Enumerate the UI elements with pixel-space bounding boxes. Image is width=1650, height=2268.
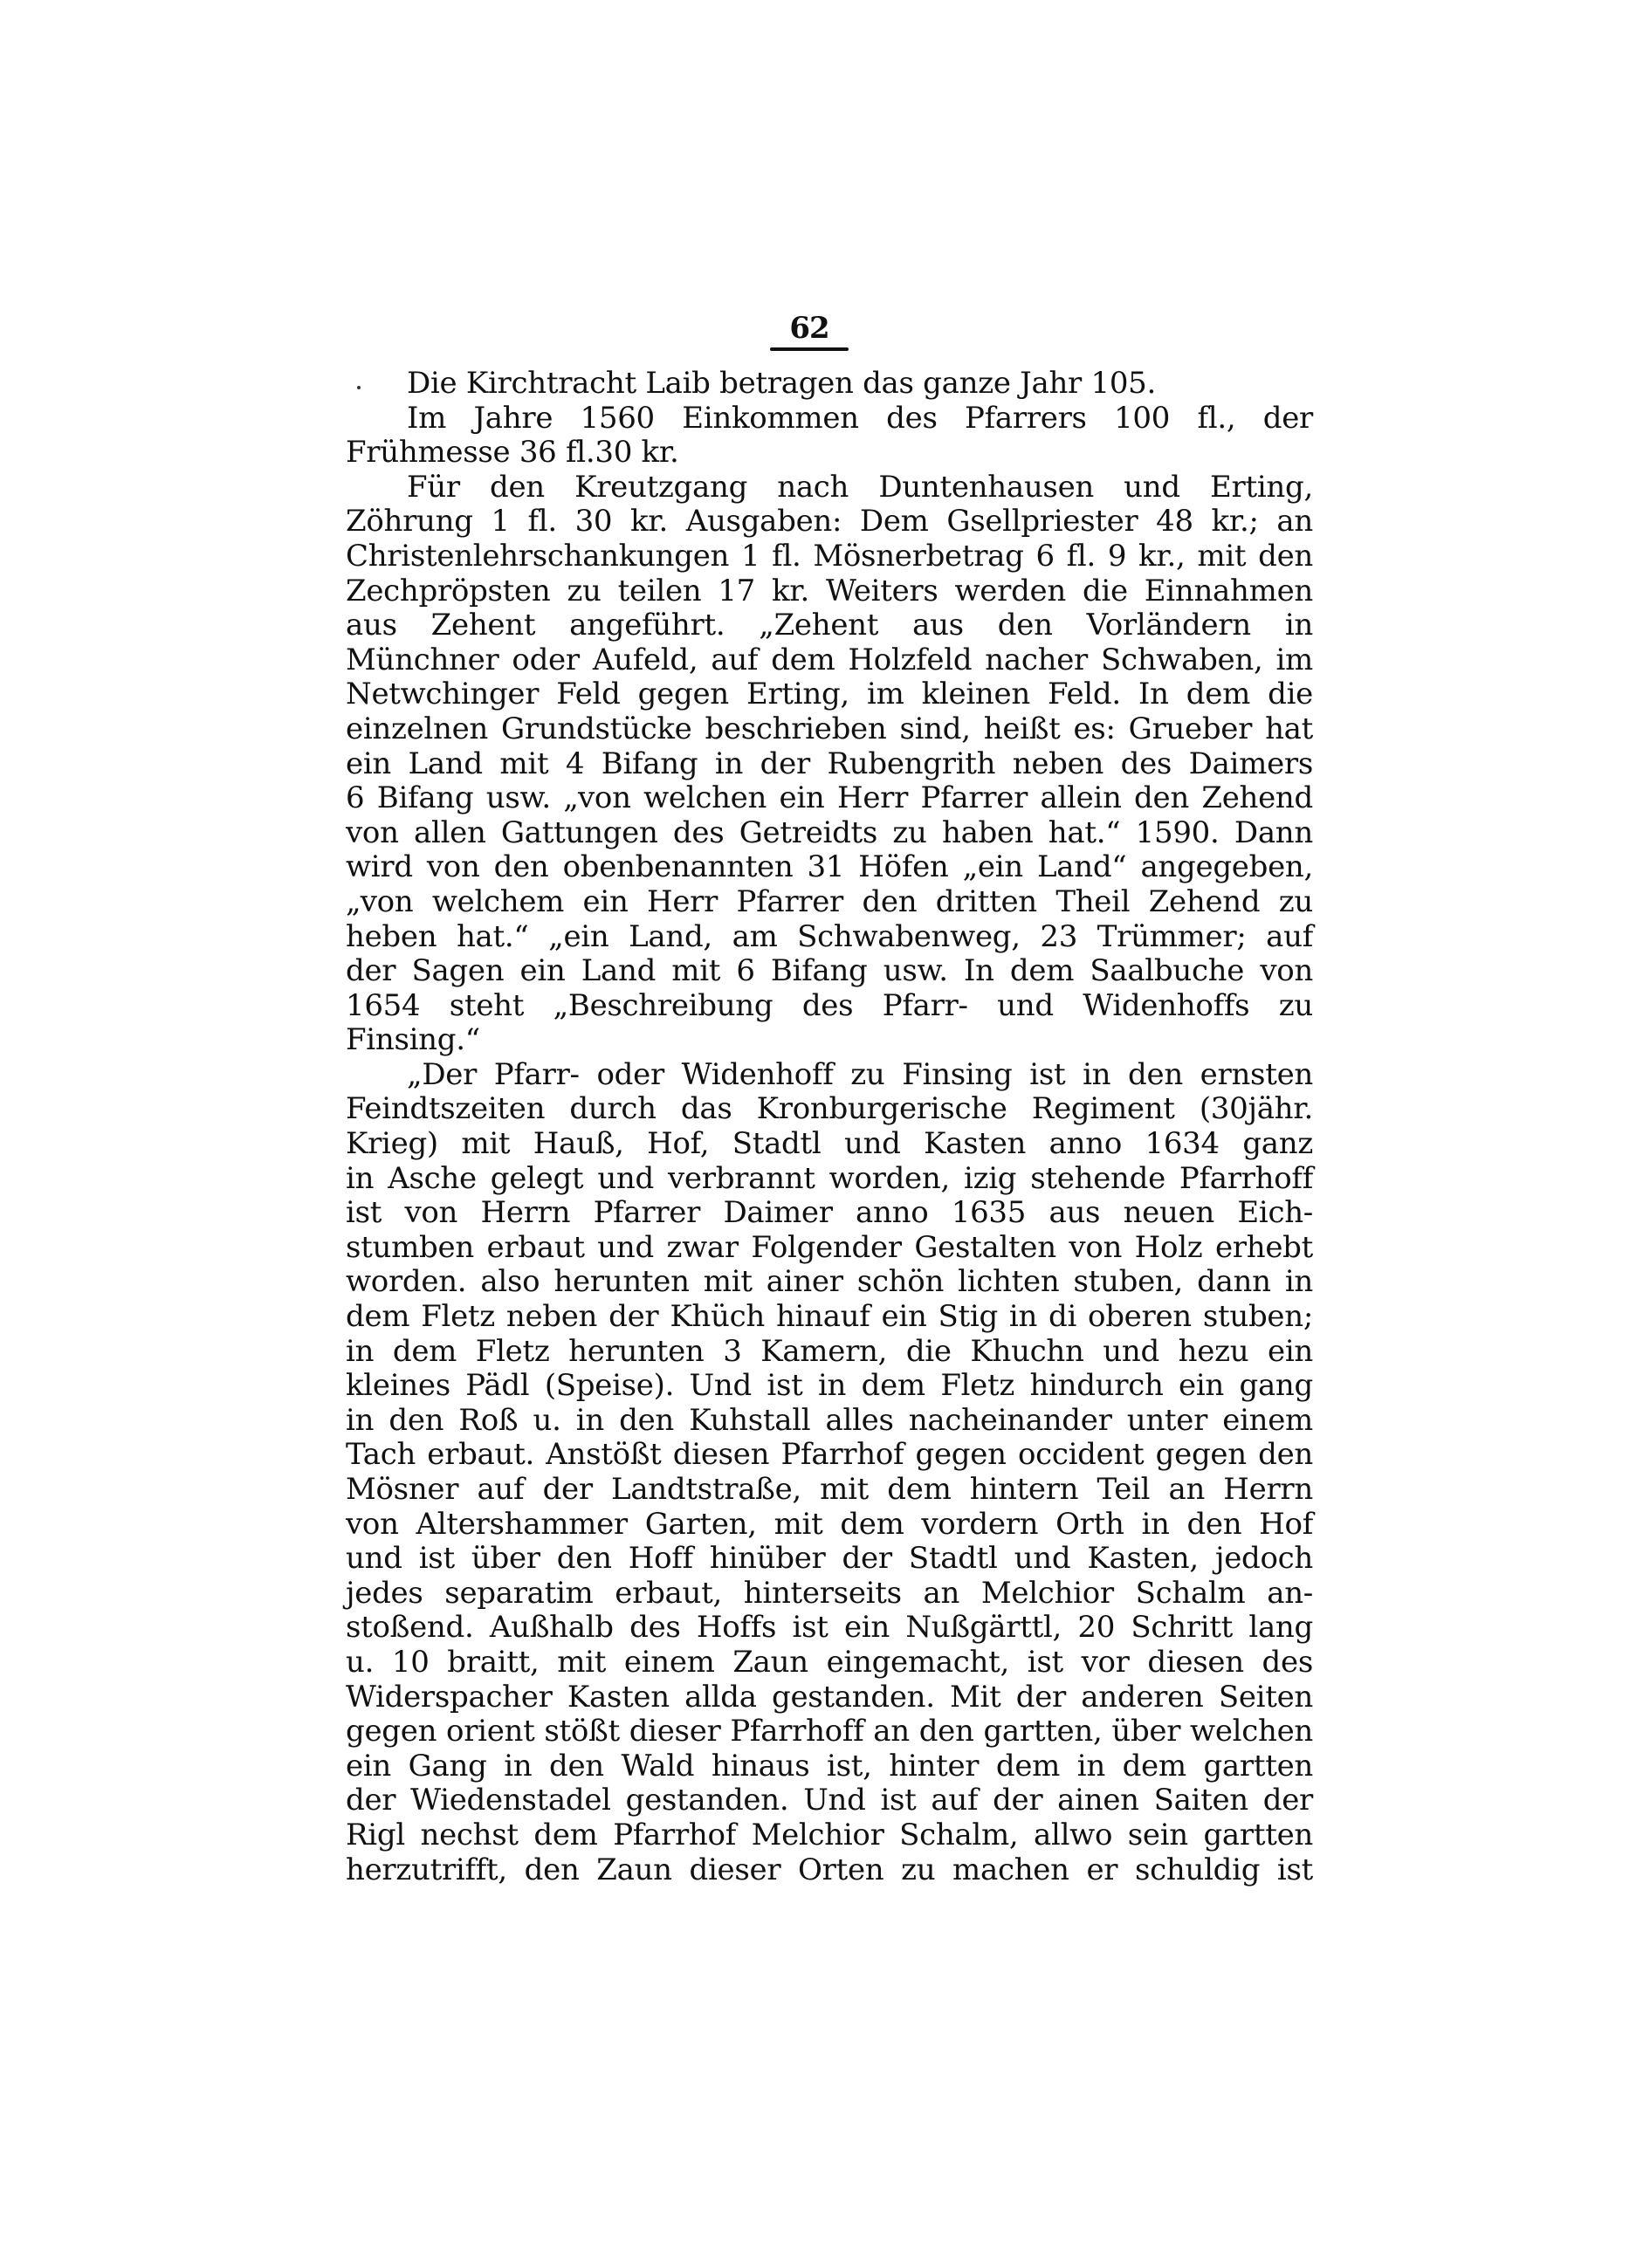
text-line: Rigl nechst dem Pfarrhof Melchior Schalm… — [346, 1818, 1313, 1853]
text-line: Für den Kreutzgang nach Duntenhausen und… — [346, 471, 1313, 505]
text-line: u. 10 braitt, mit einem Zaun eingemacht,… — [346, 1646, 1313, 1680]
text-line: in den Roß u. in den Kuhstall alles nach… — [346, 1404, 1313, 1439]
text-line: Frühmesse 36 fl.30 kr. — [346, 436, 1313, 471]
text-line: Münchner oder Aufeld, auf dem Holzfeld n… — [346, 643, 1313, 678]
text-line: ist von Herrn Pfarrer Daimer anno 1635 a… — [346, 1196, 1313, 1231]
text-line: stumben erbaut und zwar Folgender Gestal… — [346, 1231, 1313, 1266]
text-line: aus Zehent angeführt. „Zehent aus den Vo… — [346, 608, 1313, 643]
text-line: der Wiedenstadel gestanden. Und ist auf … — [346, 1783, 1313, 1818]
text-line: stoßend. Außhalb des Hoffs ist ein Nußgä… — [346, 1611, 1313, 1646]
text-line: jedes separatim erbaut, hinterseits an M… — [346, 1577, 1313, 1612]
text-line: 1654 steht „Beschreibung des Pfarr- und … — [346, 989, 1313, 1024]
text-line: Feindtszeiten durch das Kronburgerische … — [346, 1092, 1313, 1127]
text-line: Krieg) mit Hauß, Hof, Stadtl und Kasten … — [346, 1127, 1313, 1162]
page-number: 62 — [770, 311, 849, 346]
text-line: in Asche gelegt und verbrannt worden, iz… — [346, 1162, 1313, 1197]
text-line: Im Jahre 1560 Einkommen des Pfarrers 100… — [346, 402, 1313, 436]
text-line: 6 Bifang usw. „von welchen ein Herr Pfar… — [346, 781, 1313, 816]
text-line: einzelnen Grundstücke beschrieben sind, … — [346, 712, 1313, 747]
text-line: worden. also herunten mit ainer schön li… — [346, 1265, 1313, 1300]
text-line: Netwchinger Feld gegen Erting, im kleine… — [346, 677, 1313, 712]
text-line: dem Fletz neben der Khüch hinauf ein Sti… — [346, 1300, 1313, 1335]
text-line: ein Gang in den Wald hinaus ist, hinter … — [346, 1749, 1313, 1784]
text-line: „Der Pfarr- oder Widenhoff zu Finsing is… — [346, 1058, 1313, 1093]
text-line: in dem Fletz herunten 3 Kamern, die Khuc… — [346, 1335, 1313, 1370]
text-line: Tach erbaut. Anstößt diesen Pfarrhof geg… — [346, 1438, 1313, 1473]
text-line: von Altershammer Garten, mit dem vordern… — [346, 1508, 1313, 1543]
text-line: Mösner auf der Landtstraße, mit dem hint… — [346, 1473, 1313, 1508]
text-line: wird von den obenbenannten 31 Höfen „ein… — [346, 850, 1313, 885]
text-line: und ist über den Hoff hinüber der Stadtl… — [346, 1542, 1313, 1577]
page-number-underline — [770, 347, 849, 351]
text-line: Christenlehrschankungen 1 fl. Mösnerbetr… — [346, 540, 1313, 574]
text-line: der Sagen ein Land mit 6 Bifang usw. In … — [346, 954, 1313, 989]
document-page: 62 Die Kirchtracht Laib betragen das gan… — [0, 0, 1650, 2268]
body-text: Die Kirchtracht Laib betragen das ganze … — [346, 367, 1313, 1887]
text-line: kleines Pädl (Speise). Und ist in dem Fl… — [346, 1369, 1313, 1404]
text-line: Widerspacher Kasten allda gestanden. Mit… — [346, 1680, 1313, 1715]
text-line: Die Kirchtracht Laib betragen das ganze … — [346, 367, 1313, 402]
text-line: „von welchem ein Herr Pfarrer den dritte… — [346, 885, 1313, 920]
text-line: Zöhrung 1 fl. 30 kr. Ausgaben: Dem Gsell… — [346, 505, 1313, 540]
text-line: von allen Gattungen des Getreidts zu hab… — [346, 816, 1313, 851]
text-line: Finsing.“ — [346, 1023, 1313, 1058]
text-line: heben hat.“ „ein Land, am Schwabenweg, 2… — [346, 920, 1313, 955]
text-line: herzutrifft, den Zaun dieser Orten zu ma… — [346, 1853, 1313, 1888]
text-line: ein Land mit 4 Bifang in der Rubengrith … — [346, 747, 1313, 782]
text-line: gegen orient stößt dieser Pfarrhoff an d… — [346, 1715, 1313, 1749]
text-line: Zechpröpsten zu teilen 17 kr. Weiters we… — [346, 574, 1313, 609]
